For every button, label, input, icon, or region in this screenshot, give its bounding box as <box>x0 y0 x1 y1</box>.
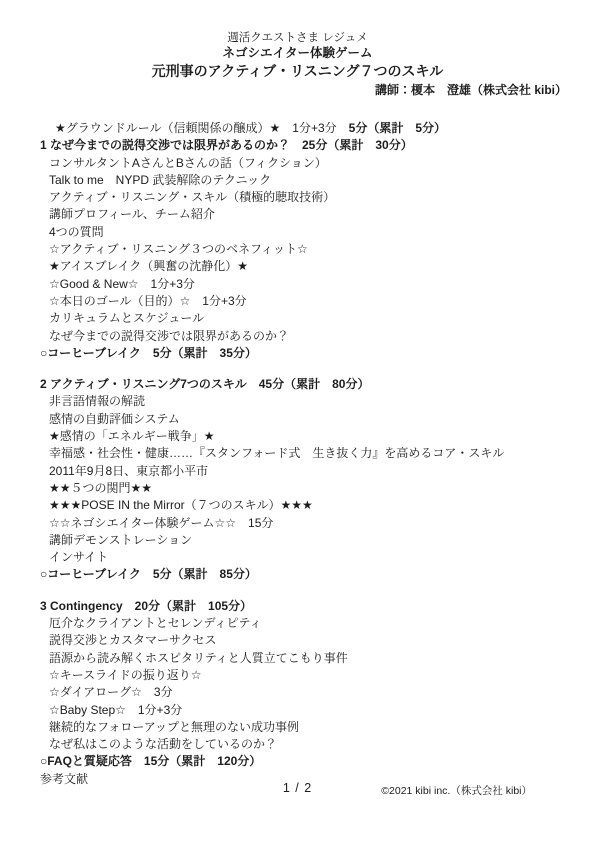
agenda-text: ☆キースライドの振り返り☆ <box>49 668 202 682</box>
agenda-line: ☆本日のゴール（目的）☆ 1分+3分 <box>0 293 595 310</box>
agenda-line: ☆☆ネゴシエイター体験ゲーム☆☆ 15分 <box>0 515 595 532</box>
agenda-text: なぜ私はこのような活動をしているのか？ <box>49 737 277 751</box>
agenda-line: ☆ダイアローグ☆ 3分 <box>0 684 595 701</box>
agenda-text: 1 なぜ今までの説得交渉では限界があるのか？ 25分（累計 30分） <box>40 138 413 152</box>
agenda-text: ○コーヒーブレイク 5分（累計 85分） <box>40 567 257 581</box>
agenda-text: ☆アクティブ・リスニング３つのベネフィット☆ <box>49 242 308 256</box>
agenda-text: カリキュラムとスケジュール <box>49 311 204 325</box>
agenda-line: インサイト <box>0 549 595 566</box>
agenda-text: ○FAQと質疑応答 15分（累計 120分） <box>40 754 261 768</box>
agenda-line: 講師デモンストレーション <box>0 532 595 549</box>
doc-lecturer-line: 講師：榎本 澄雄（株式会社 kibi） <box>0 83 595 98</box>
agenda-text: ☆☆ネゴシエイター体験ゲーム☆☆ 15分 <box>49 516 273 530</box>
agenda-line: カリキュラムとスケジュール <box>0 310 595 327</box>
agenda-text: ★アイスブレイク（興奮の沈静化）★ <box>49 259 248 273</box>
agenda-line: Talk to me NYPD 武装解除のテクニック <box>0 172 595 189</box>
agenda-line: 4つの質問 <box>0 224 595 241</box>
agenda-text: 4つの質問 <box>49 225 104 239</box>
agenda-section: 3 Contingency 20分（累計 105分）厄介なクライアントとセレンデ… <box>0 598 595 788</box>
agenda-line: ★★★POSE IN the Mirror（７つのスキル）★★★ <box>0 497 595 514</box>
agenda-line: 語源から読み解くホスピタリティと人質立てこもり事件 <box>0 650 595 667</box>
doc-client-line: 週活クエストさま レジュメ <box>0 31 595 45</box>
agenda-text: ☆Baby Step☆ 1分+3分 <box>49 703 182 717</box>
agenda-line: 感情の自動評価システム <box>0 411 595 428</box>
agenda-line: 3 Contingency 20分（累計 105分） <box>0 598 595 615</box>
agenda-section: ★グラウンドルール（信頼関係の醸成）★ 1分+3分 5分（累計 5分）1 なぜ今… <box>0 120 595 362</box>
doc-main-title: 元刑事のアクティブ・リスニング７つのスキル <box>0 62 595 80</box>
agenda-text: 2011年9月8日、東京都小平市 <box>49 464 208 478</box>
agenda-text: ★グラウンドルール（信頼関係の醸成）★ 1分+3分 <box>55 121 349 135</box>
agenda-line: ★★５つの関門★★ <box>0 480 595 497</box>
agenda-line: ☆Good & New☆ 1分+3分 <box>0 276 595 293</box>
agenda-text: なぜ今までの説得交渉では限界があるのか？ <box>49 329 289 343</box>
agenda-line: ○コーヒーブレイク 5分（累計 85分） <box>0 566 595 583</box>
agenda-line: ★感情の「エネルギー戦争」★ <box>0 428 595 445</box>
agenda-text: 非言語情報の解読 <box>49 394 145 408</box>
agenda-text: ☆Good & New☆ 1分+3分 <box>49 277 195 291</box>
agenda-line: 非言語情報の解読 <box>0 393 595 410</box>
agenda-line: 幸福感・社会性・健康……『スタンフォード式 生き抜く力』を高めるコア・スキル <box>0 445 595 462</box>
agenda-text: 幸福感・社会性・健康……『スタンフォード式 生き抜く力』を高めるコア・スキル <box>49 446 504 460</box>
agenda-line: ☆Baby Step☆ 1分+3分 <box>0 702 595 719</box>
agenda-line: アクティブ・リスニング・スキル（積極的聴取技術） <box>0 189 595 206</box>
agenda-line: 2 アクティブ・リスニング7つのスキル 45分（累計 80分） <box>0 376 595 393</box>
agenda-line: コンサルタントAさんとBさんの話（フィクション） <box>0 155 595 172</box>
agenda-text: 2 アクティブ・リスニング7つのスキル 45分（累計 80分） <box>40 377 369 391</box>
agenda-line: 説得交渉とカスタマーサクセス <box>0 632 595 649</box>
agenda-line: ★グラウンドルール（信頼関係の醸成）★ 1分+3分 5分（累計 5分） <box>0 120 595 137</box>
agenda-line: 2011年9月8日、東京都小平市 <box>0 463 595 480</box>
agenda-text: ★★★POSE IN the Mirror（７つのスキル）★★★ <box>49 498 313 512</box>
agenda-text: コンサルタントAさんとBさんの話（フィクション） <box>49 156 327 170</box>
agenda-text: ★★５つの関門★★ <box>49 481 152 495</box>
agenda-text: 継続的なフォローアップと無理のない成功事例 <box>49 720 299 734</box>
agenda-line: 1 なぜ今までの説得交渉では限界があるのか？ 25分（累計 30分） <box>0 137 595 154</box>
agenda-text: 講師プロフィール、チーム紹介 <box>49 207 215 221</box>
agenda-text: 5分（累計 5分） <box>349 121 446 135</box>
agenda-line: なぜ私はこのような活動をしているのか？ <box>0 736 595 753</box>
copyright-notice: ©2021 kibi inc.（株式会社 kibi） <box>381 783 532 798</box>
agenda-text: インサイト <box>49 550 108 564</box>
agenda-line: ☆キースライドの振り返り☆ <box>0 667 595 684</box>
agenda-text: 3 Contingency 20分（累計 105分） <box>40 599 252 613</box>
agenda-line: ★アイスブレイク（興奮の沈静化）★ <box>0 258 595 275</box>
agenda-text: Talk to me NYPD 武装解除のテクニック <box>49 173 271 187</box>
agenda-line: 厄介なクライアントとセレンディピティ <box>0 615 595 632</box>
agenda-text: 厄介なクライアントとセレンディピティ <box>49 616 262 630</box>
agenda-line: ○コーヒーブレイク 5分（累計 35分） <box>0 345 595 362</box>
agenda-text: 感情の自動評価システム <box>49 412 180 426</box>
document-page: 週活クエストさま レジュメ ネゴシエイター体験ゲーム 元刑事のアクティブ・リスニ… <box>0 0 595 841</box>
agenda-text: ○コーヒーブレイク 5分（累計 35分） <box>40 346 257 360</box>
agenda-line: ☆アクティブ・リスニング３つのベネフィット☆ <box>0 241 595 258</box>
agenda-line: 講師プロフィール、チーム紹介 <box>0 206 595 223</box>
doc-game-title: ネゴシエイター体験ゲーム <box>0 46 595 61</box>
agenda-text: アクティブ・リスニング・スキル（積極的聴取技術） <box>49 190 335 204</box>
agenda-text: 語源から読み解くホスピタリティと人質立てこもり事件 <box>49 651 348 665</box>
agenda: ★グラウンドルール（信頼関係の醸成）★ 1分+3分 5分（累計 5分）1 なぜ今… <box>0 120 595 788</box>
agenda-section: 2 アクティブ・リスニング7つのスキル 45分（累計 80分）非言語情報の解読感… <box>0 376 595 584</box>
agenda-line: ○FAQと質疑応答 15分（累計 120分） <box>0 753 595 770</box>
agenda-line: 継続的なフォローアップと無理のない成功事例 <box>0 719 595 736</box>
document-header: 週活クエストさま レジュメ ネゴシエイター体験ゲーム 元刑事のアクティブ・リスニ… <box>0 0 595 98</box>
agenda-text: ☆本日のゴール（目的）☆ 1分+3分 <box>49 294 247 308</box>
agenda-text: ★感情の「エネルギー戦争」★ <box>49 429 215 443</box>
agenda-text: 講師デモンストレーション <box>49 533 192 547</box>
agenda-text: 説得交渉とカスタマーサクセス <box>49 633 217 647</box>
agenda-line: なぜ今までの説得交渉では限界があるのか？ <box>0 328 595 345</box>
agenda-text: ☆ダイアローグ☆ 3分 <box>49 685 173 699</box>
